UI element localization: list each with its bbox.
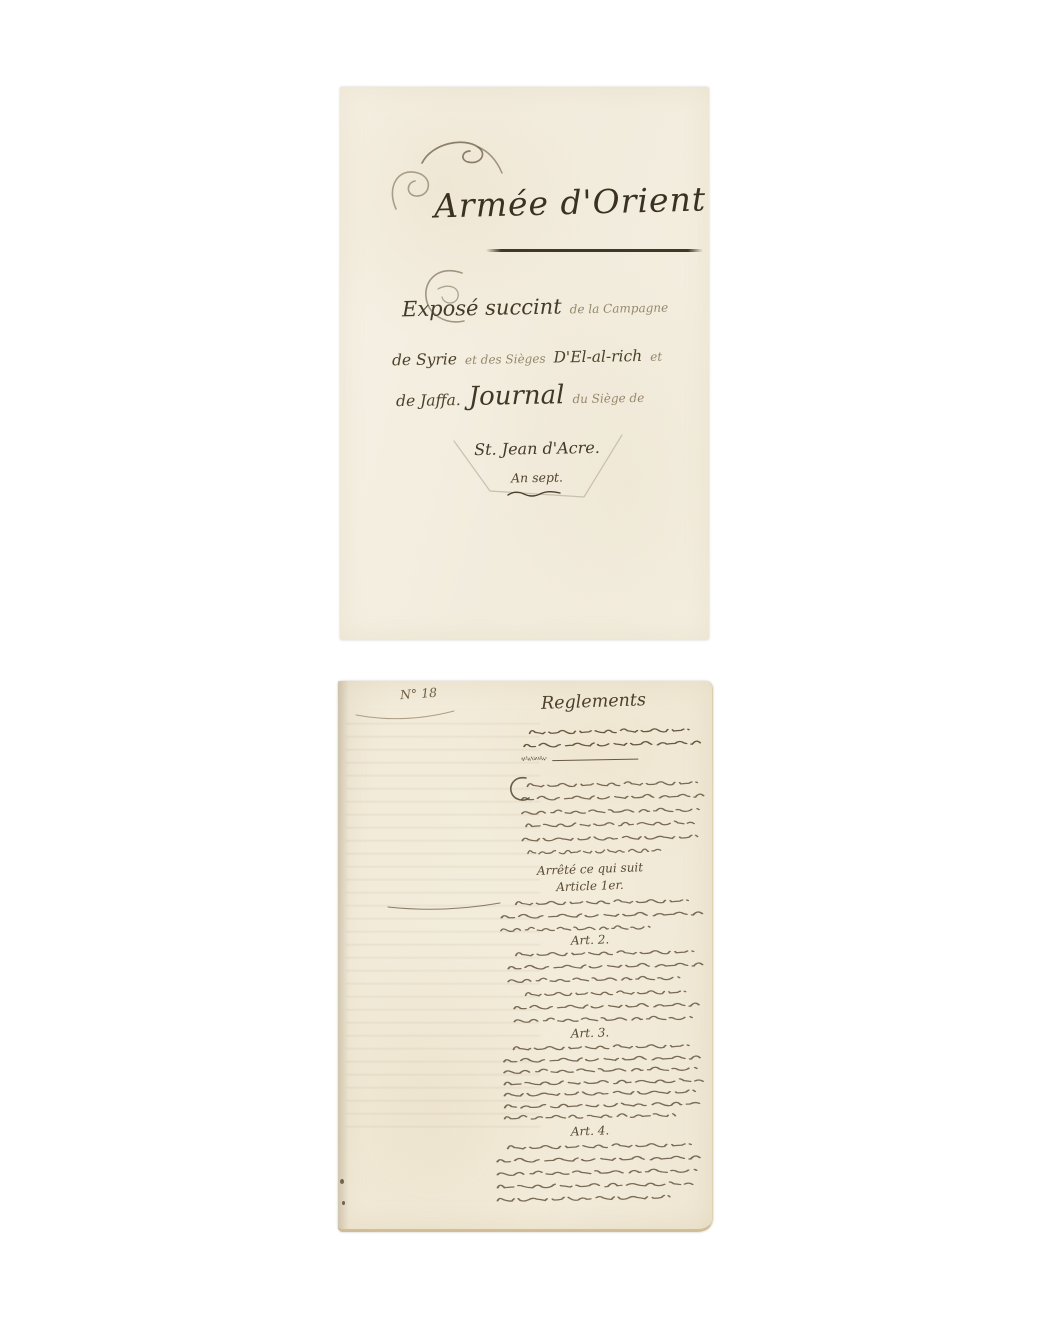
subtitle-journal: Journal xyxy=(468,380,564,412)
opening-paragraph xyxy=(518,776,711,860)
ink-speck xyxy=(340,1179,344,1184)
manuscript-line xyxy=(494,1177,710,1192)
manuscript-reglements-page: N° 18 Reglements Arrêté ce qui suit Arti… xyxy=(338,681,713,1232)
heading-paragraph xyxy=(521,723,708,765)
manuscript-line xyxy=(519,790,711,804)
manuscript-line xyxy=(519,803,711,817)
subtitle-elarich: D'El-al-rich xyxy=(553,347,642,367)
subtitle-campagne: de la Campagne xyxy=(570,301,669,317)
left-sweep-flourish xyxy=(384,900,502,912)
article-1-label: Article 1er. xyxy=(490,876,690,897)
manuscript-line xyxy=(518,776,710,790)
article-2-paragraph-continued xyxy=(511,985,711,1027)
manuscript-line xyxy=(494,1190,710,1205)
manuscript-line xyxy=(519,844,711,858)
subtitle-line-3: de Jaffa. Journal du Siège de xyxy=(396,379,645,413)
manuscript-line xyxy=(521,749,707,763)
wavy-underline-flourish xyxy=(506,489,564,498)
article-4-paragraph xyxy=(493,1138,710,1207)
article-3-paragraph xyxy=(500,1040,710,1124)
manuscript-line xyxy=(521,736,707,750)
manuscript-line xyxy=(505,971,710,986)
ink-speck xyxy=(342,1201,345,1205)
document-title: Armée d'Orient xyxy=(434,179,707,225)
subtitle-syrie: de Syrie xyxy=(392,350,457,369)
manuscript-line xyxy=(498,907,710,922)
manuscript-catalog-photo: Armée d'Orient Exposé succint de la Camp… xyxy=(0,0,1040,1338)
title-underline xyxy=(486,249,703,252)
subtitle-line-4: St. Jean d'Acre. xyxy=(452,438,622,460)
manuscript-line xyxy=(519,817,711,831)
manuscript-title-page: Armée d'Orient Exposé succint de la Camp… xyxy=(340,87,709,640)
subtitle-line-2: de Syrie et des Sièges D'El-al-rich et xyxy=(392,347,662,370)
page-number: N° 18 xyxy=(400,685,438,703)
subtitle-et: et xyxy=(650,350,662,364)
subtitle-line-1: Exposé succint de la Campagne xyxy=(402,293,669,322)
subtitle-line-5: An sept. xyxy=(452,469,622,487)
manuscript-line xyxy=(519,830,711,844)
subtitle-acre: St. Jean d'Acre. xyxy=(474,438,600,459)
subtitle-expose: Exposé succint xyxy=(402,295,562,322)
subtitle-jaffa: de Jaffa. xyxy=(396,391,461,410)
reglements-title: Reglements xyxy=(541,690,647,714)
subtitle-siege-de: du Siège de xyxy=(572,391,644,406)
subtitle-an-sept: An sept. xyxy=(511,470,563,486)
article-2-paragraph xyxy=(505,945,711,988)
subtitle-sieges: et des Sièges xyxy=(465,352,546,367)
page-number-flourish xyxy=(352,706,458,722)
